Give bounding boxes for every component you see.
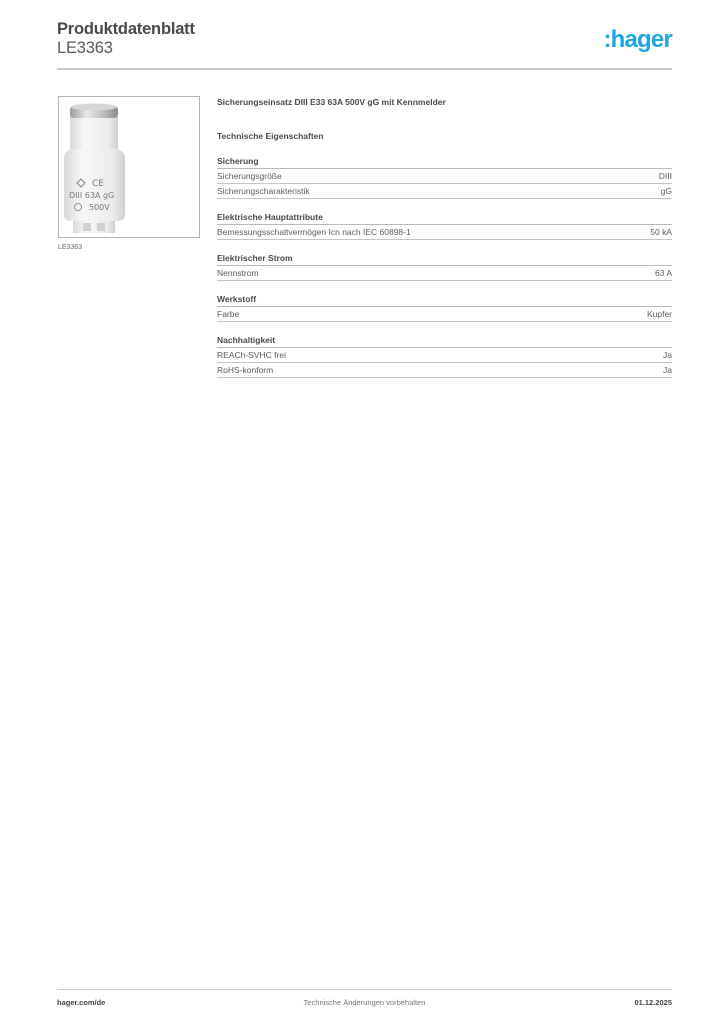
header-divider <box>57 68 672 70</box>
spec-value: 63 A <box>655 266 672 280</box>
spec-row: Bemessungsschaltvermögen Icn nach IEC 60… <box>217 225 672 240</box>
spec-label: Sicherungscharakteristik <box>217 184 310 198</box>
spec-value: Ja <box>663 348 672 362</box>
page-footer: hager.com/de Technische Änderungen vorbe… <box>57 998 672 1010</box>
section-title: Nachhaltigkeit <box>217 335 672 348</box>
svg-text:DIII 63A gG: DIII 63A gG <box>69 191 114 200</box>
page-header: Produktdatenblatt LE3363 :hager <box>57 20 672 70</box>
spec-row: Nennstrom 63 A <box>217 266 672 281</box>
spec-value: DIII <box>659 169 672 183</box>
spec-label: Sicherungsgröße <box>217 169 282 183</box>
spec-section-sicherung: Sicherung Sicherungsgröße DIII Sicherung… <box>217 156 672 199</box>
spec-row: Sicherungsgröße DIII <box>217 169 672 184</box>
spec-value: 50 kA <box>650 225 672 239</box>
product-code: LE3363 <box>57 39 113 58</box>
spec-label: RoHS-konform <box>217 363 273 377</box>
footer-notice: Technische Änderungen vorbehalten <box>57 998 672 1007</box>
spec-row: Farbe Kupfer <box>217 307 672 322</box>
svg-text:CE: CE <box>92 179 104 189</box>
section-title: Elektrische Hauptattribute <box>217 212 672 225</box>
spec-row: Sicherungscharakteristik gG <box>217 184 672 199</box>
section-title: Sicherung <box>217 156 672 169</box>
fuse-insert-image: CE DIII 63A gG 500V <box>59 97 199 237</box>
spec-section-werkstoff: Werkstoff Farbe Kupfer <box>217 294 672 322</box>
product-name: Sicherungseinsatz DIII E33 63A 500V gG m… <box>217 97 672 111</box>
spec-section-elektrische-hauptattribute: Elektrische Hauptattribute Bemessungssch… <box>217 212 672 240</box>
hager-logo: :hager <box>603 26 672 54</box>
spec-label: Farbe <box>217 307 239 321</box>
spec-panel: Sicherungseinsatz DIII E33 63A 500V gG m… <box>217 97 672 378</box>
spec-label: Bemessungsschaltvermögen Icn nach IEC 60… <box>217 225 411 239</box>
document-title: Produktdatenblatt <box>57 20 195 39</box>
footer-divider <box>57 989 672 990</box>
svg-text:500V: 500V <box>89 203 110 212</box>
spec-label: Nennstrom <box>217 266 259 280</box>
document-date: 01.12.2025 <box>634 998 672 1007</box>
section-title: Elektrischer Strom <box>217 253 672 266</box>
spec-value: Kupfer <box>647 307 672 321</box>
spec-row: RoHS-konform Ja <box>217 363 672 378</box>
spec-value: Ja <box>663 363 672 377</box>
spec-value: gG <box>661 184 672 198</box>
technical-properties-heading: Technische Eigenschaften <box>217 131 672 143</box>
section-title: Werkstoff <box>217 294 672 307</box>
product-image-caption: LE3363 <box>58 244 82 251</box>
spec-label: REACh-SVHC frei <box>217 348 286 362</box>
product-image-frame: CE DIII 63A gG 500V <box>58 96 200 238</box>
spec-section-elektrischer-strom: Elektrischer Strom Nennstrom 63 A <box>217 253 672 281</box>
spec-section-nachhaltigkeit: Nachhaltigkeit REACh-SVHC frei Ja RoHS-k… <box>217 335 672 378</box>
spec-row: REACh-SVHC frei Ja <box>217 348 672 363</box>
